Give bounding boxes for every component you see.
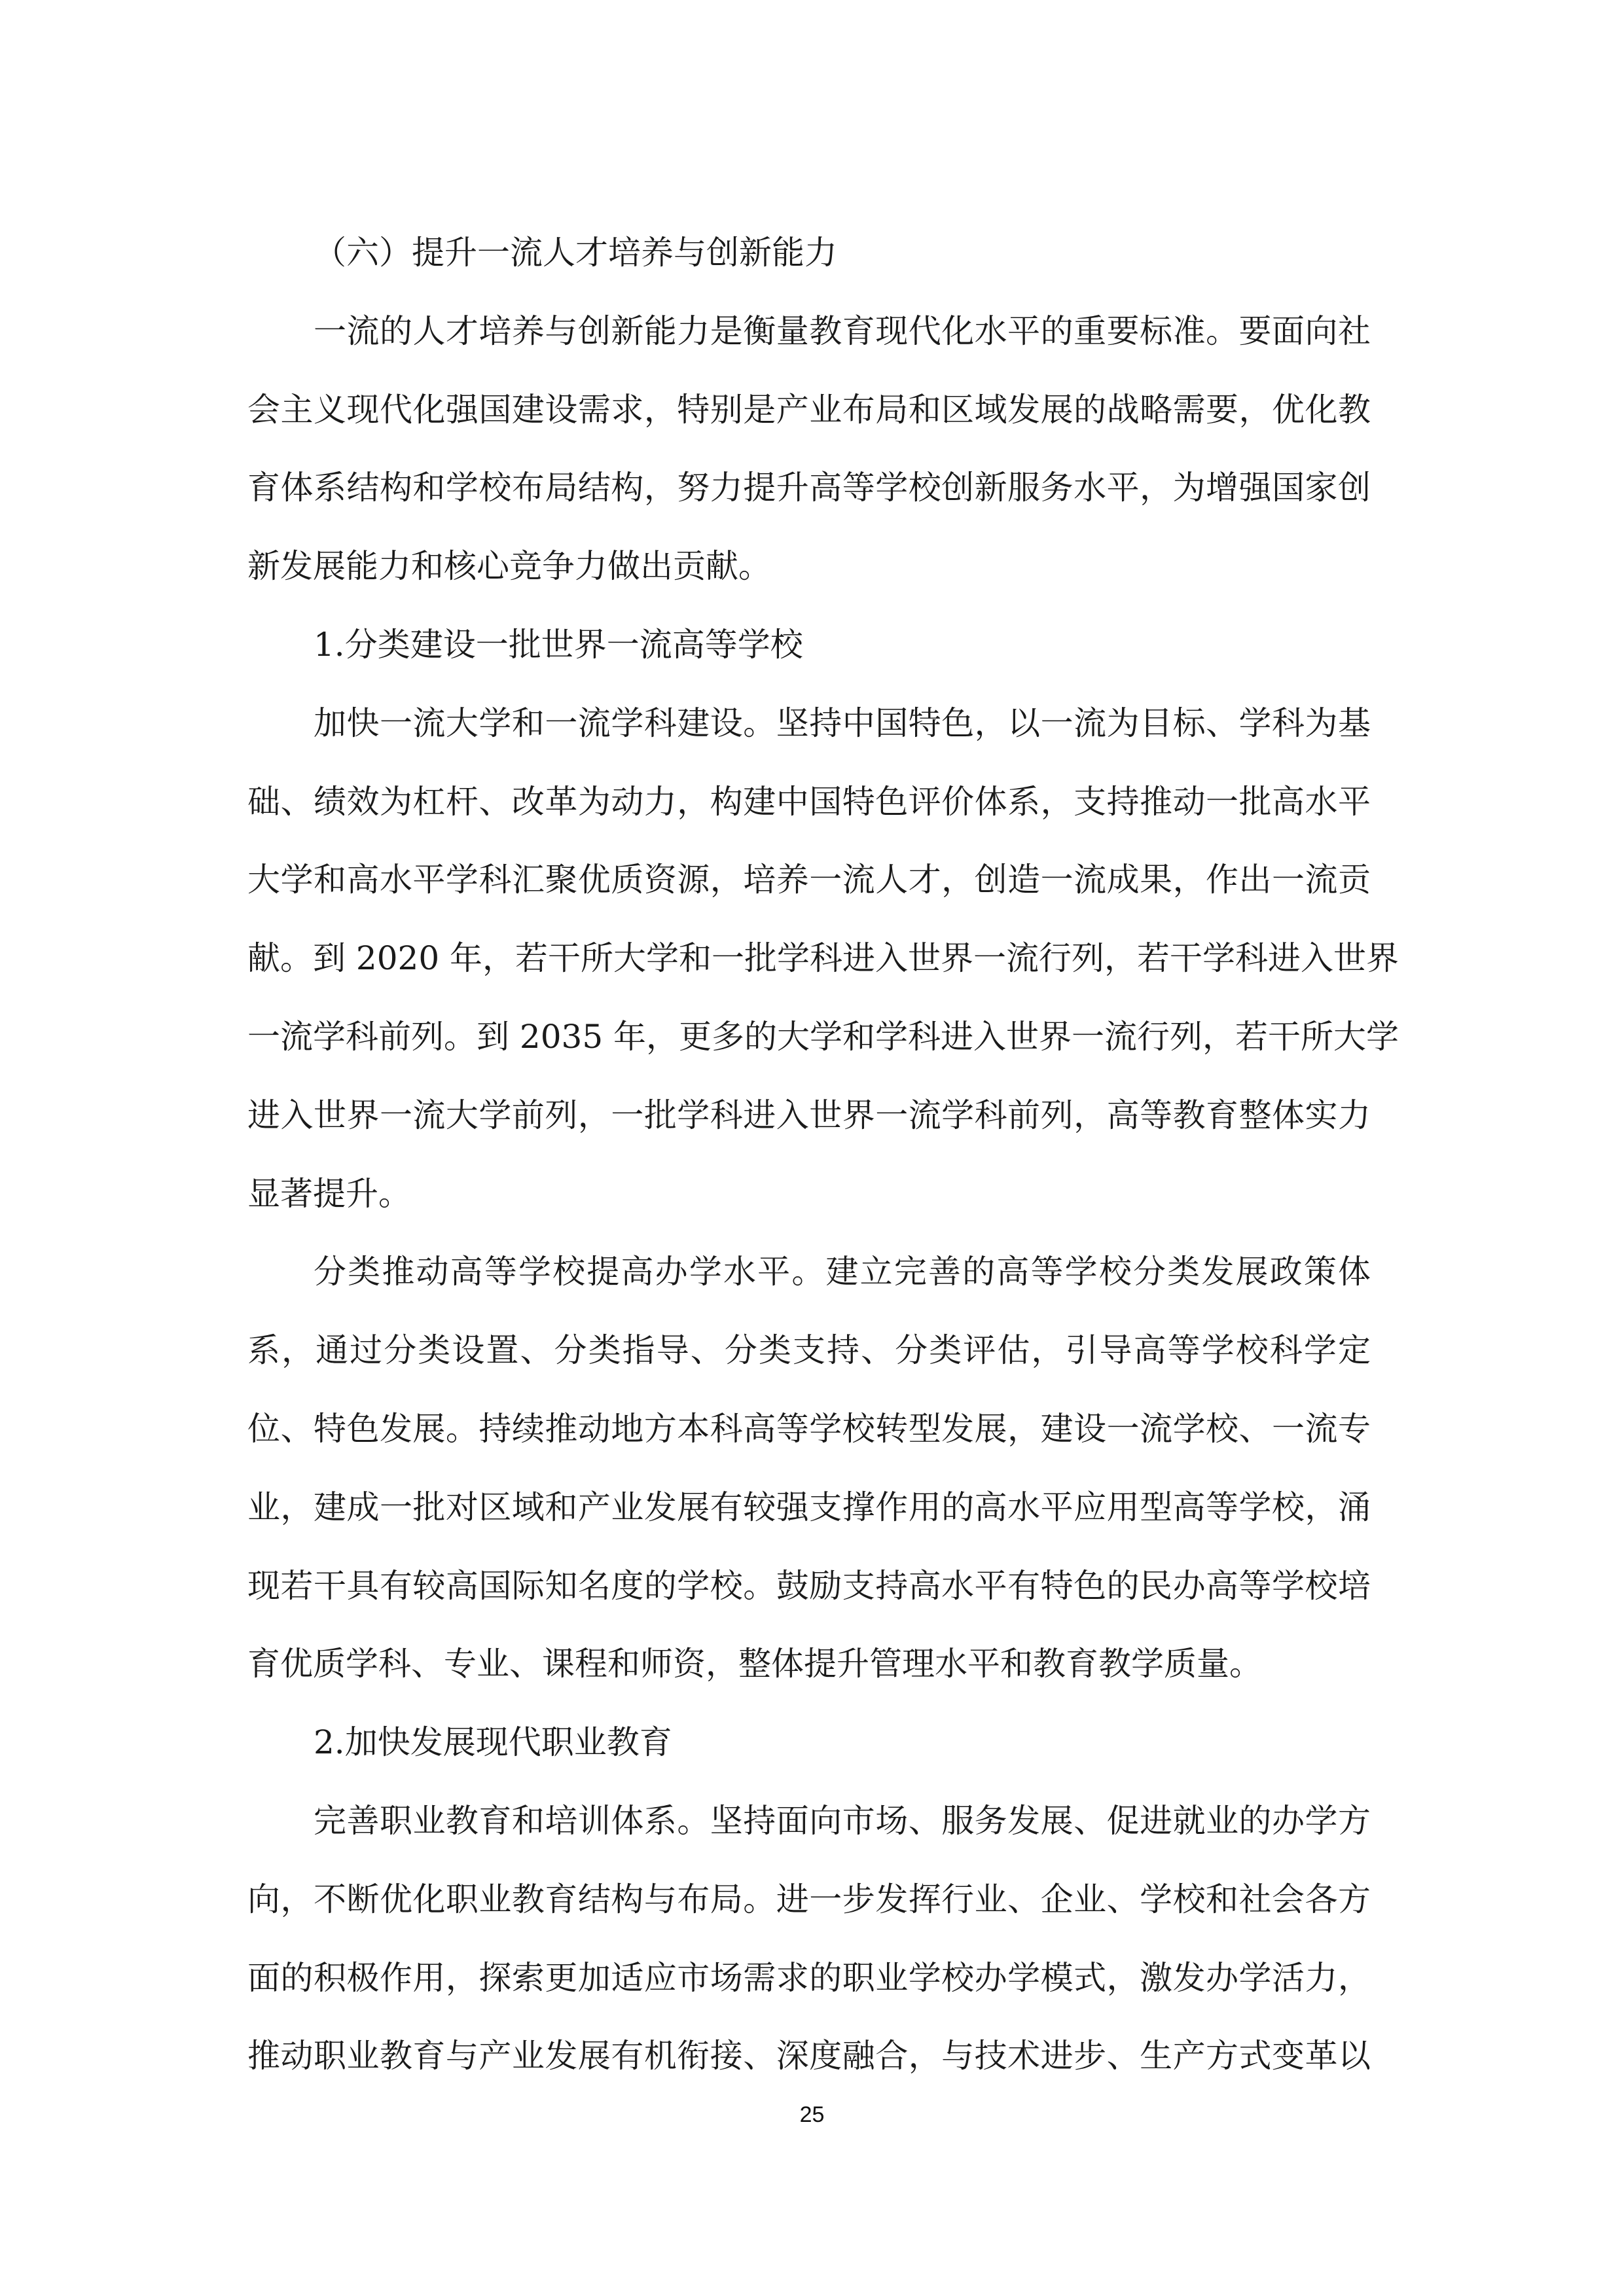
paragraph-line: 一流的人才培养与创新能力是衡量教育现代化水平的重要标准。要面向社	[247, 293, 1371, 371]
paragraph-line: 础、绩效为杠杆、改革为动力，构建中国特色评价体系，支持推动一批高水平	[247, 763, 1371, 842]
paragraph-line: 向，不断优化职业教育结构与布局。进一步发挥行业、企业、学校和社会各方	[247, 1861, 1371, 1939]
paragraph-line: 分类推动高等学校提高办学水平。建立完善的高等学校分类发展政策体	[247, 1233, 1371, 1312]
paragraph-line: 育优质学科、专业、课程和师资，整体提升管理水平和教育教学质量。	[247, 1625, 1371, 1704]
subsection-heading: 2.加快发展现代职业教育	[247, 1704, 1371, 1782]
section-heading: （六）提升一流人才培养与创新能力	[247, 214, 1371, 293]
document-page: （六）提升一流人才培养与创新能力 一流的人才培养与创新能力是衡量教育现代化水平的…	[0, 0, 1624, 2296]
paragraph-line: 大学和高水平学科汇聚优质资源，培养一流人才，创造一流成果，作出一流贡	[247, 841, 1371, 920]
paragraph-line: 育体系结构和学校布局结构，努力提升高等学校创新服务水平，为增强国家创	[247, 449, 1371, 528]
subsection-heading: 1.分类建设一批世界一流高等学校	[247, 606, 1371, 685]
paragraph-line: 现若干具有较高国际知名度的学校。鼓励支持高水平有特色的民办高等学校培	[247, 1547, 1371, 1626]
paragraph-line: 推动职业教育与产业发展有机衔接、深度融合，与技术进步、生产方式变革以	[247, 2017, 1371, 2096]
paragraph-line: 位、特色发展。持续推动地方本科高等学校转型发展，建设一流学校、一流专	[247, 1390, 1371, 1469]
paragraph-line: 献。到 2020 年，若干所大学和一批学科进入世界一流行列，若干学科进入世界	[247, 920, 1371, 998]
page-body: （六）提升一流人才培养与创新能力 一流的人才培养与创新能力是衡量教育现代化水平的…	[247, 214, 1371, 2096]
page-number: 25	[0, 2102, 1624, 2128]
paragraph-line: 会主义现代化强国建设需求，特别是产业布局和区域发展的战略需要，优化教	[247, 371, 1371, 450]
paragraph-line: 业，建成一批对区域和产业发展有较强支撑作用的高水平应用型高等学校，涌	[247, 1469, 1371, 1547]
paragraph-line: 系，通过分类设置、分类指导、分类支持、分类评估，引导高等学校科学定	[247, 1312, 1371, 1390]
paragraph-line: 新发展能力和核心竞争力做出贡献。	[247, 528, 1371, 606]
paragraph-line: 面的积极作用，探索更加适应市场需求的职业学校办学模式，激发办学活力，	[247, 1939, 1371, 2018]
paragraph-line: 完善职业教育和培训体系。坚持面向市场、服务发展、促进就业的办学方	[247, 1782, 1371, 1861]
paragraph-line: 一流学科前列。到 2035 年，更多的大学和学科进入世界一流行列，若干所大学	[247, 998, 1371, 1077]
paragraph-line: 显著提升。	[247, 1155, 1371, 1234]
paragraph-line: 进入世界一流大学前列，一批学科进入世界一流学科前列，高等教育整体实力	[247, 1077, 1371, 1155]
paragraph-line: 加快一流大学和一流学科建设。坚持中国特色，以一流为目标、学科为基	[247, 685, 1371, 763]
